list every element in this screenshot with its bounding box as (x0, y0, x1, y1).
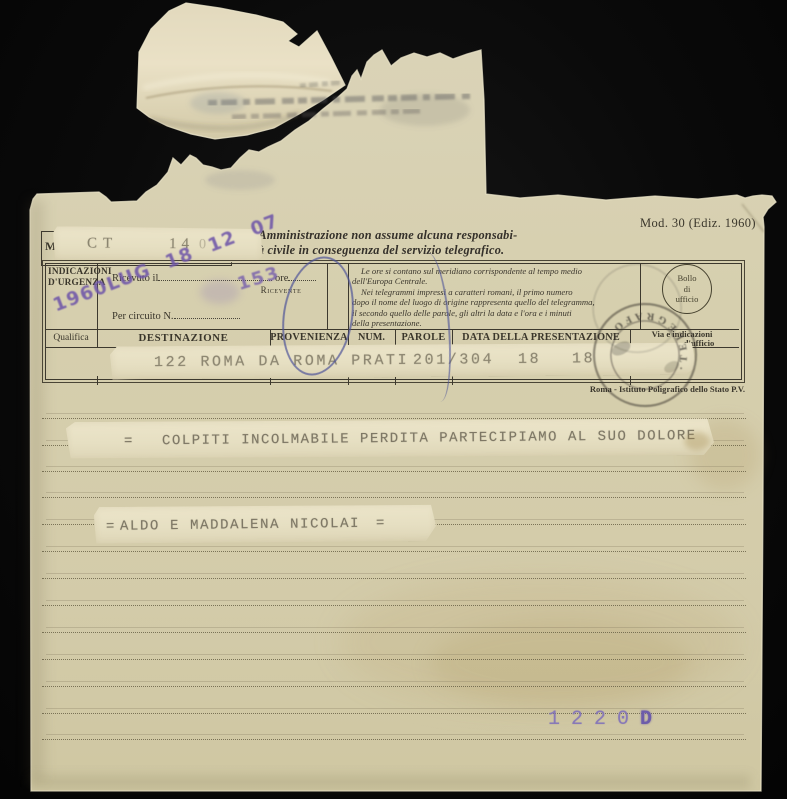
column-tick (395, 376, 396, 385)
message-strip-1: = COLPITI INCOLMABILE PERDITA PARTECIPIA… (66, 416, 714, 461)
ruled-line (42, 471, 746, 472)
ruled-line (42, 578, 746, 579)
notes-line: della presentazione. (352, 318, 636, 328)
message2-equals-open: = (106, 519, 115, 535)
circuit-leader (174, 309, 240, 319)
disclaimer-line1: L'Amministrazione non assume alcuna resp… (247, 228, 547, 243)
notes-line: Nei telegrammi impressi a caratteri roma… (352, 287, 636, 297)
via-line1: Via e indicazioni (630, 330, 734, 339)
column-tick (452, 376, 453, 385)
column-header-data-presentazione: DATA DELLA PRESENTAZIONE (452, 332, 630, 343)
routing-strip: 122 ROMA DA ROMA PRATI 201/304 18 18 (110, 341, 696, 379)
message1-text: COLPITI INCOLMABILE PERDITA PARTECIPIAMO… (162, 428, 697, 449)
routing-seg1: 122 ROMA DA ROMA PRATI (154, 352, 409, 371)
ruled-line (42, 739, 746, 740)
control-number-stamp: 1220D (548, 708, 652, 731)
column-header-num: NUM. (348, 332, 395, 343)
circuit-row: Per circuito N. (112, 309, 240, 322)
ink-smudge (380, 94, 470, 126)
ruled-line (42, 659, 746, 660)
column-header-qualifica: Qualifica (45, 333, 97, 343)
column-header-destinazione: DESTINAZIONE (97, 332, 270, 344)
circuit-label: Per circuito N. (112, 311, 174, 322)
routing-seg3: 18 (518, 351, 541, 368)
ruled-line (42, 632, 746, 633)
cell-divider (640, 264, 641, 329)
notes-line: Le ore si contano sul meridiano corrispo… (352, 266, 636, 276)
message2-text: ALDO E MADDALENA NICOLAI (120, 516, 360, 535)
ruled-line (42, 605, 746, 606)
ruled-line (42, 497, 746, 498)
notes-line: dell'Europa Centrale. (352, 276, 636, 286)
ruled-line (42, 551, 746, 552)
ruled-line (42, 686, 746, 687)
column-tick (97, 376, 98, 385)
notes-line: il secondo quello delle parole, gli altr… (352, 308, 636, 318)
notes-line: dopo il nome del luogo di origine rappre… (352, 297, 636, 307)
routing-seg4: 18 (572, 350, 595, 367)
telegram-sheet (0, 0, 787, 799)
code-left-text: CT (87, 236, 118, 253)
bollo-line: Bollo (677, 273, 696, 284)
office-stamp-circle: Bollo di ufficio (662, 264, 712, 314)
model-edition-label: Mod. 30 (Ediz. 1960) (640, 216, 756, 231)
message2-equals-close: = (376, 516, 385, 532)
ink-smudge (205, 170, 275, 190)
ink-smudge (190, 92, 246, 114)
disclaimer-line2: lità civile in conseguenza del servizio … (247, 243, 547, 258)
disclaimer-text: L'Amministrazione non assume alcuna resp… (247, 228, 547, 257)
bollo-line: ufficio (676, 294, 699, 305)
ruled-line (42, 418, 746, 419)
notes-text: Le ore si contano sul meridiano corrispo… (352, 266, 636, 329)
scanned-telegram-photo: Mod. 30 (Ediz. 1960) L'Amministrazione n… (0, 0, 787, 799)
bollo-line: di (684, 284, 691, 295)
message1-equals: = (124, 433, 133, 449)
printer-credit: Roma - Istituto Poligrafico dello Stato … (563, 384, 745, 394)
control-number: 1220 (548, 708, 640, 731)
control-suffix: D (640, 708, 652, 731)
message-strip-2: = ALDO E MADDALENA NICOLAI = (94, 503, 436, 545)
